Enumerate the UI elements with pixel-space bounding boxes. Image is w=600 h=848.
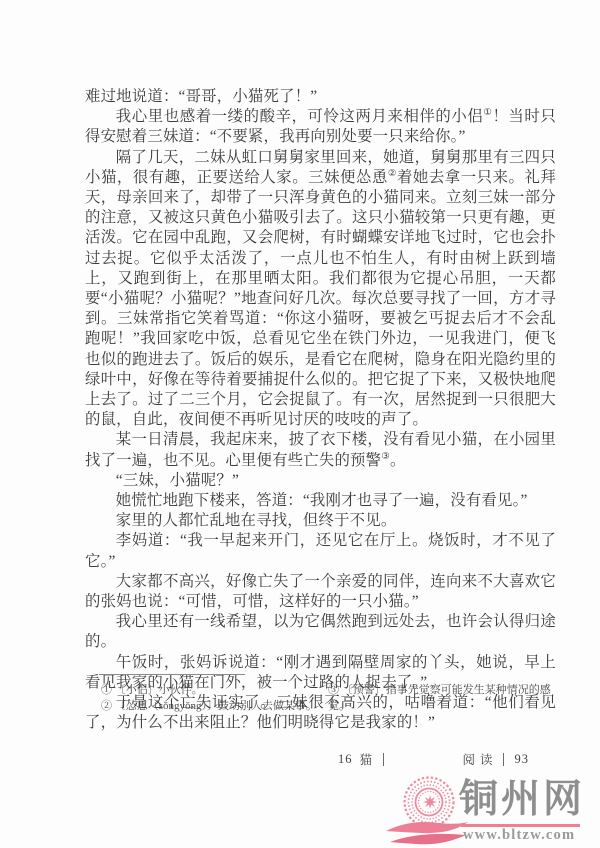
footnote: ② 〔怂恿（sǒngyǒng）〕鼓动别人去做某事。 bbox=[101, 699, 328, 715]
footnote: ③ 〔预警〕指事先觉察可能发生某种情况的感觉。 bbox=[328, 683, 557, 714]
footer-divider-left bbox=[383, 753, 384, 766]
watermark-wave-icon bbox=[384, 818, 470, 848]
footnote: ① 〔小侣〕小伙伴。 bbox=[101, 683, 328, 699]
lesson-text: 难过地说道：“哥哥，小猫死了！”我心里也感着一缕的酸辛，可怜这两月来相伴的小侣①… bbox=[85, 87, 556, 734]
lesson-title: 猫 bbox=[360, 750, 373, 768]
footnote-marker: ② bbox=[388, 169, 397, 179]
section-label: 阅读 bbox=[462, 750, 497, 768]
footnotes: ① 〔小侣〕小伙伴。② 〔怂恿（sǒngyǒng）〕鼓动别人去做某事。 ③ 〔预… bbox=[101, 683, 557, 714]
paragraph: 李妈道：“我一早起来开门，还见它在厅上。烧饭时，才不见了它。” bbox=[85, 531, 556, 571]
paragraph: 难过地说道：“哥哥，小猫死了！” bbox=[85, 87, 556, 107]
lesson-number: 16 bbox=[338, 752, 353, 767]
watermark-site-name: 铜州网 bbox=[459, 779, 585, 822]
page-number: 93 bbox=[515, 752, 530, 767]
footnote-marker: ① bbox=[483, 108, 492, 118]
footnote-divider bbox=[99, 674, 245, 675]
paragraph: “三妹，小猫呢？” bbox=[85, 471, 556, 491]
footnotes-right-column: ③ 〔预警〕指事先觉察可能发生某种情况的感觉。 bbox=[328, 683, 557, 714]
paragraph: 某一日清晨，我起床来，披了衣下楼，没有看见小猫，在小园里找了一遍，也不见。心里便… bbox=[85, 430, 556, 470]
footnotes-left-column: ① 〔小侣〕小伙伴。② 〔怂恿（sǒngyǒng）〕鼓动别人去做某事。 bbox=[101, 683, 328, 714]
footnote-marker: ③ bbox=[381, 452, 390, 462]
watermark-site-url: www.bltzw.com bbox=[463, 827, 575, 844]
paragraph: 大家都不高兴，好像亡失了一个亲爱的同伴，连向来不大喜欢它的张妈也说：“可惜，可惜… bbox=[85, 572, 556, 612]
paragraph: 家里的人都忙乱地在寻找，但终于不见。 bbox=[85, 511, 556, 531]
paragraph: 隔了几天，二妹从虹口舅舅家里回来，她道，舅舅那里有三四只小猫，很有趣，正要送给人… bbox=[85, 148, 556, 431]
paragraph: 我心里还有一线希望，以为它偶然跑到远处去，也许会认得归途的。 bbox=[85, 612, 556, 652]
paragraph: 她慌忙地跑下楼来，答道：“我刚才也寻了一遍，没有看见。” bbox=[85, 491, 556, 511]
paragraph: 我心里也感着一缕的酸辛，可怜这两月来相伴的小侣①！当时只得安慰着三妹道：“不要紧… bbox=[85, 107, 556, 147]
textbook-page: 难过地说道：“哥哥，小猫死了！”我心里也感着一缕的酸辛，可怜这两月来相伴的小侣①… bbox=[0, 0, 600, 848]
footer-divider-right bbox=[503, 753, 504, 766]
page-footer: 16 猫 阅读 93 bbox=[338, 750, 529, 768]
